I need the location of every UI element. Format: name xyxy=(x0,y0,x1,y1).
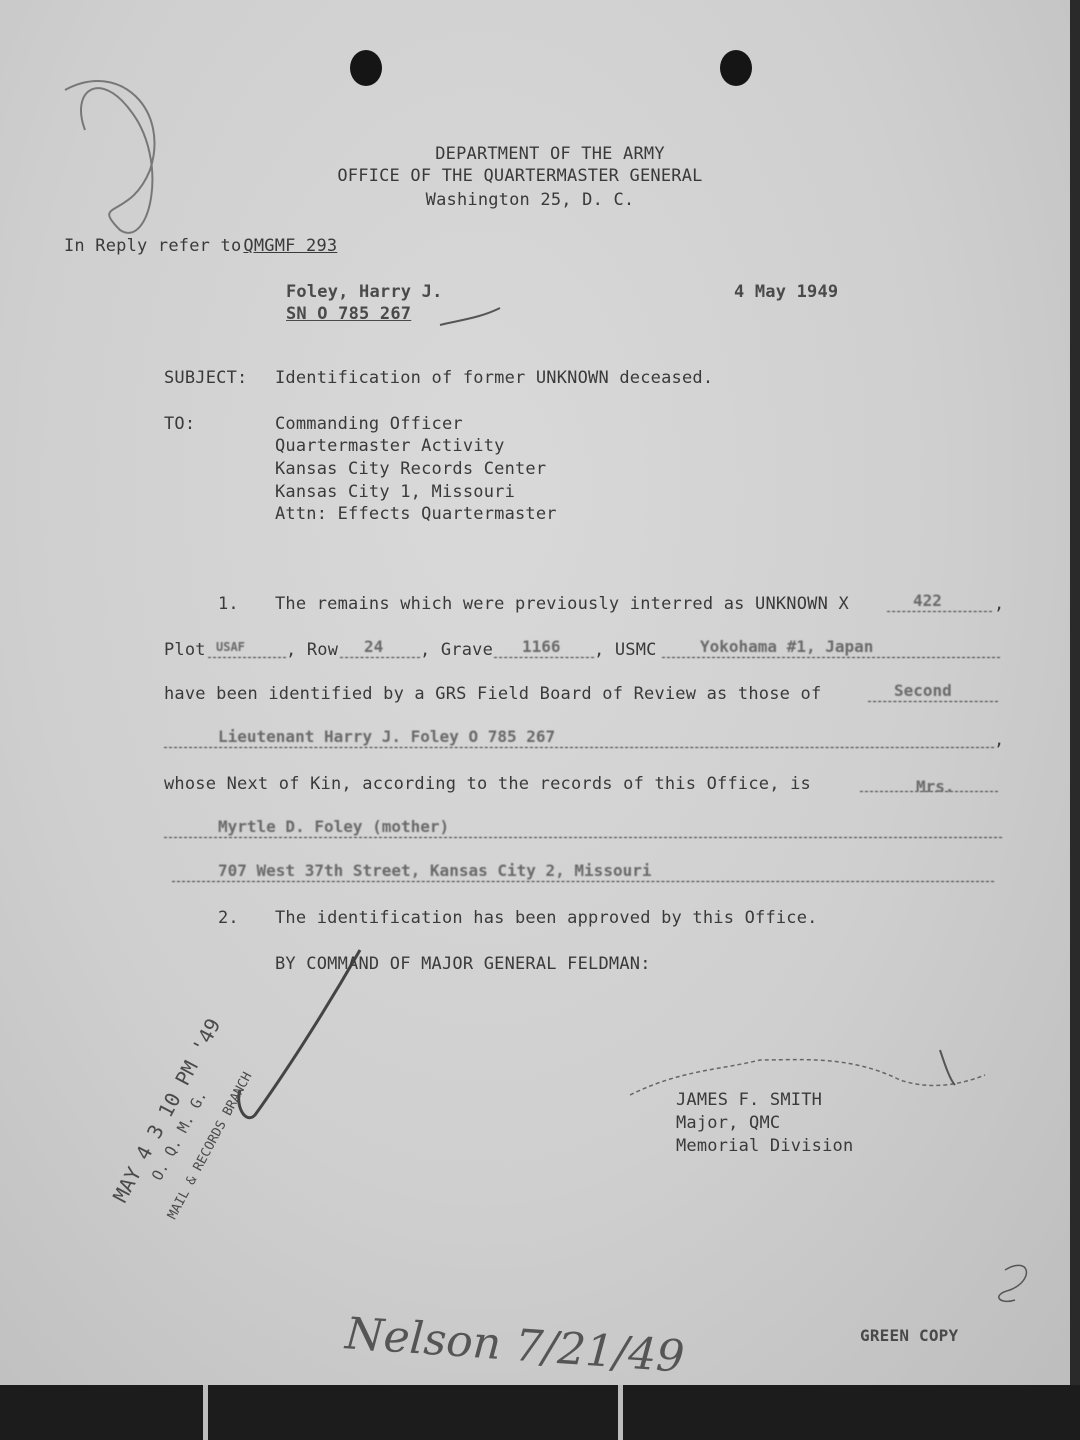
signer-title: Major, QMC xyxy=(676,1113,780,1133)
to-label: TO: xyxy=(164,414,195,434)
to-line: Attn: Effects Quartermaster xyxy=(275,504,557,524)
subject-label: SUBJECT: xyxy=(164,368,247,388)
to-line: Kansas City 1, Missouri xyxy=(275,482,515,502)
row-field: 24 xyxy=(340,638,420,658)
para2-number: 2. xyxy=(218,908,239,928)
letterhead-line-2: OFFICE OF THE QUARTERMASTER GENERAL xyxy=(270,166,770,186)
to-line: Kansas City Records Center xyxy=(275,459,546,479)
document-page: DEPARTMENT OF THE ARMY OFFICE OF THE QUA… xyxy=(0,0,1070,1395)
signer-division: Memorial Division xyxy=(676,1136,853,1156)
para1-text-c: whose Next of Kin, according to the reco… xyxy=(164,774,811,794)
row-label: , Row xyxy=(286,640,338,660)
cemetery-field: Yokohama #1, Japan xyxy=(662,638,1000,658)
subject-person-serial: SN O 785 267 xyxy=(286,304,411,324)
para1-text-a: The remains which were previously interr… xyxy=(275,594,849,614)
to-line: Commanding Officer xyxy=(275,414,463,434)
rank-field: Second xyxy=(868,682,998,702)
subject-text: Identification of former UNKNOWN decease… xyxy=(275,368,713,388)
usmc-label: , USMC xyxy=(594,640,657,660)
reply-ref: In Reply refer toQMGMF 293 xyxy=(64,236,337,256)
para1-number: 1. xyxy=(218,594,239,614)
to-line: Quartermaster Activity xyxy=(275,436,505,456)
copy-label: GREEN COPY xyxy=(860,1326,958,1346)
nok-name-field: Myrtle D. Foley (mother) xyxy=(164,818,1002,838)
nok-title-field: Mrs. xyxy=(860,772,998,792)
reply-code: QMGMF 293 xyxy=(241,236,337,256)
deceased-name-field: Lieutenant Harry J. Foley O 785 267 xyxy=(164,728,994,748)
grave-label: , Grave xyxy=(420,640,493,660)
scanner-edge xyxy=(0,1385,1080,1440)
para2-text: The identification has been approved by … xyxy=(275,908,818,928)
page-mark: 8 xyxy=(70,60,71,61)
comma: , xyxy=(994,594,1004,614)
letterhead-line-3: Washington 25, D. C. xyxy=(280,190,780,210)
plot-field: USAF xyxy=(208,638,286,658)
letterhead-line-1: DEPARTMENT OF THE ARMY xyxy=(300,144,800,164)
signer-name: JAMES F. SMITH xyxy=(676,1090,822,1110)
command-line: BY COMMAND OF MAJOR GENERAL FELDMAN: xyxy=(275,954,651,974)
comma: , xyxy=(994,730,1004,750)
nok-address-field: 707 West 37th Street, Kansas City 2, Mis… xyxy=(172,862,994,882)
grave-field: 1166 xyxy=(494,638,594,658)
plot-label: Plot xyxy=(164,640,206,660)
subject-person-name: Foley, Harry J. xyxy=(286,282,443,302)
unknown-number-field: 422 xyxy=(887,592,992,612)
para1-text-b: have been identified by a GRS Field Boar… xyxy=(164,684,821,704)
document-date: 4 May 1949 xyxy=(734,282,838,302)
handwriting-marks xyxy=(0,0,1080,1440)
